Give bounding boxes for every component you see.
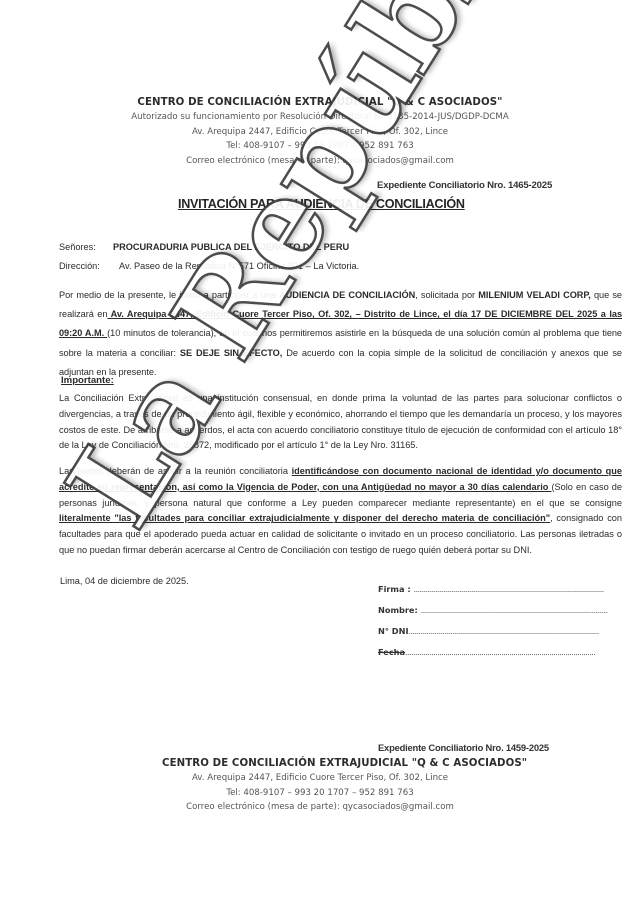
dni-line: ........................................… (409, 626, 599, 636)
org-phones: Tel: 408-9107 – 993 20 1707 – 952 891 76… (0, 139, 640, 154)
date-field[interactable]: Fecha...................................… (378, 647, 608, 657)
p1-matter: SE DEJE SIN EFECTO, (180, 348, 282, 358)
signature-line: ........................................… (413, 584, 603, 594)
org-email: Correo electrónico (mesa de parte): qyca… (0, 800, 640, 815)
recipient-block: Señores:PROCURADURIA PUBLICA DEL EJERCIT… (59, 238, 622, 276)
dni-label: N° DNI (378, 626, 409, 636)
case-number: Expediente Conciliatorio Nro. 1465-2025 (377, 180, 552, 191)
p1-hearing: AUDIENCIA DE CONCILIACIÓN (279, 290, 415, 300)
recipient-address: Av. Paseo de la República N°571 Oficina … (119, 261, 359, 271)
org-address: Av. Arequipa 2447, Edificio Cuore Tercer… (0, 125, 640, 140)
invitation-paragraph: Por medio de la presente, le invito a pa… (59, 286, 622, 382)
date-line: ........................................… (405, 647, 595, 657)
requirements-paragraph: Las partes deberán de asistir a la reuni… (59, 464, 622, 559)
p3-faculties: literalmente "las facultades para concil… (59, 513, 550, 523)
case-number-stamp: Expediente Conciliatorio Nro. 1459-2025 (378, 742, 549, 753)
document-title: INVITACIÓN PARA AUDIENCIA DE CONCILIACIÓ… (178, 197, 465, 211)
p1-text: , solicitada por (415, 290, 478, 300)
org-name: CENTRO DE CONCILIACIÓN EXTRAJUDICIAL "Q … (0, 95, 640, 110)
org-address: Av. Arequipa 2447, Edificio Cuore Tercer… (0, 771, 640, 786)
letterhead-top: CENTRO DE CONCILIACIÓN EXTRAJUDICIAL "Q … (0, 95, 640, 168)
important-heading: Importante: (61, 375, 114, 386)
org-name: CENTRO DE CONCILIACIÓN EXTRAJUDICIAL "Q … (162, 756, 640, 771)
dni-field[interactable]: N° DNI..................................… (378, 626, 608, 636)
recipient-label: Señores: (59, 238, 113, 257)
signature-label: Firma : (378, 584, 411, 594)
place-date: Lima, 04 de diciembre de 2025. (60, 576, 189, 586)
org-authorization: Autorizado su funcionamiento por Resoluc… (0, 110, 640, 125)
recipient-name: PROCURADURIA PUBLICA DEL EJERCITO DEL PE… (113, 242, 349, 252)
signature-field[interactable]: Firma : ................................… (378, 584, 608, 594)
address-label: Dirección: (59, 257, 119, 276)
date-label: Fecha (378, 647, 405, 657)
p3-text: Las partes deberán de asistir a la reuni… (59, 466, 292, 476)
org-phones: Tel: 408-9107 – 993 20 1707 – 952 891 76… (0, 786, 640, 801)
p1-requester: MILENIUM VELADI CORP, (478, 290, 591, 300)
name-label: Nombre: (378, 605, 418, 615)
important-paragraph: La Conciliación Extrajudicial es una ins… (59, 391, 622, 454)
name-field[interactable]: Nombre: ................................… (378, 605, 608, 615)
org-email: Correo electrónico (mesa de parte): qyca… (0, 154, 640, 169)
letterhead-bottom: CENTRO DE CONCILIACIÓN EXTRAJUDICIAL "Q … (0, 756, 640, 815)
name-line: ........................................… (421, 605, 608, 615)
p1-text: Por medio de la presente, le invito a pa… (59, 290, 279, 300)
